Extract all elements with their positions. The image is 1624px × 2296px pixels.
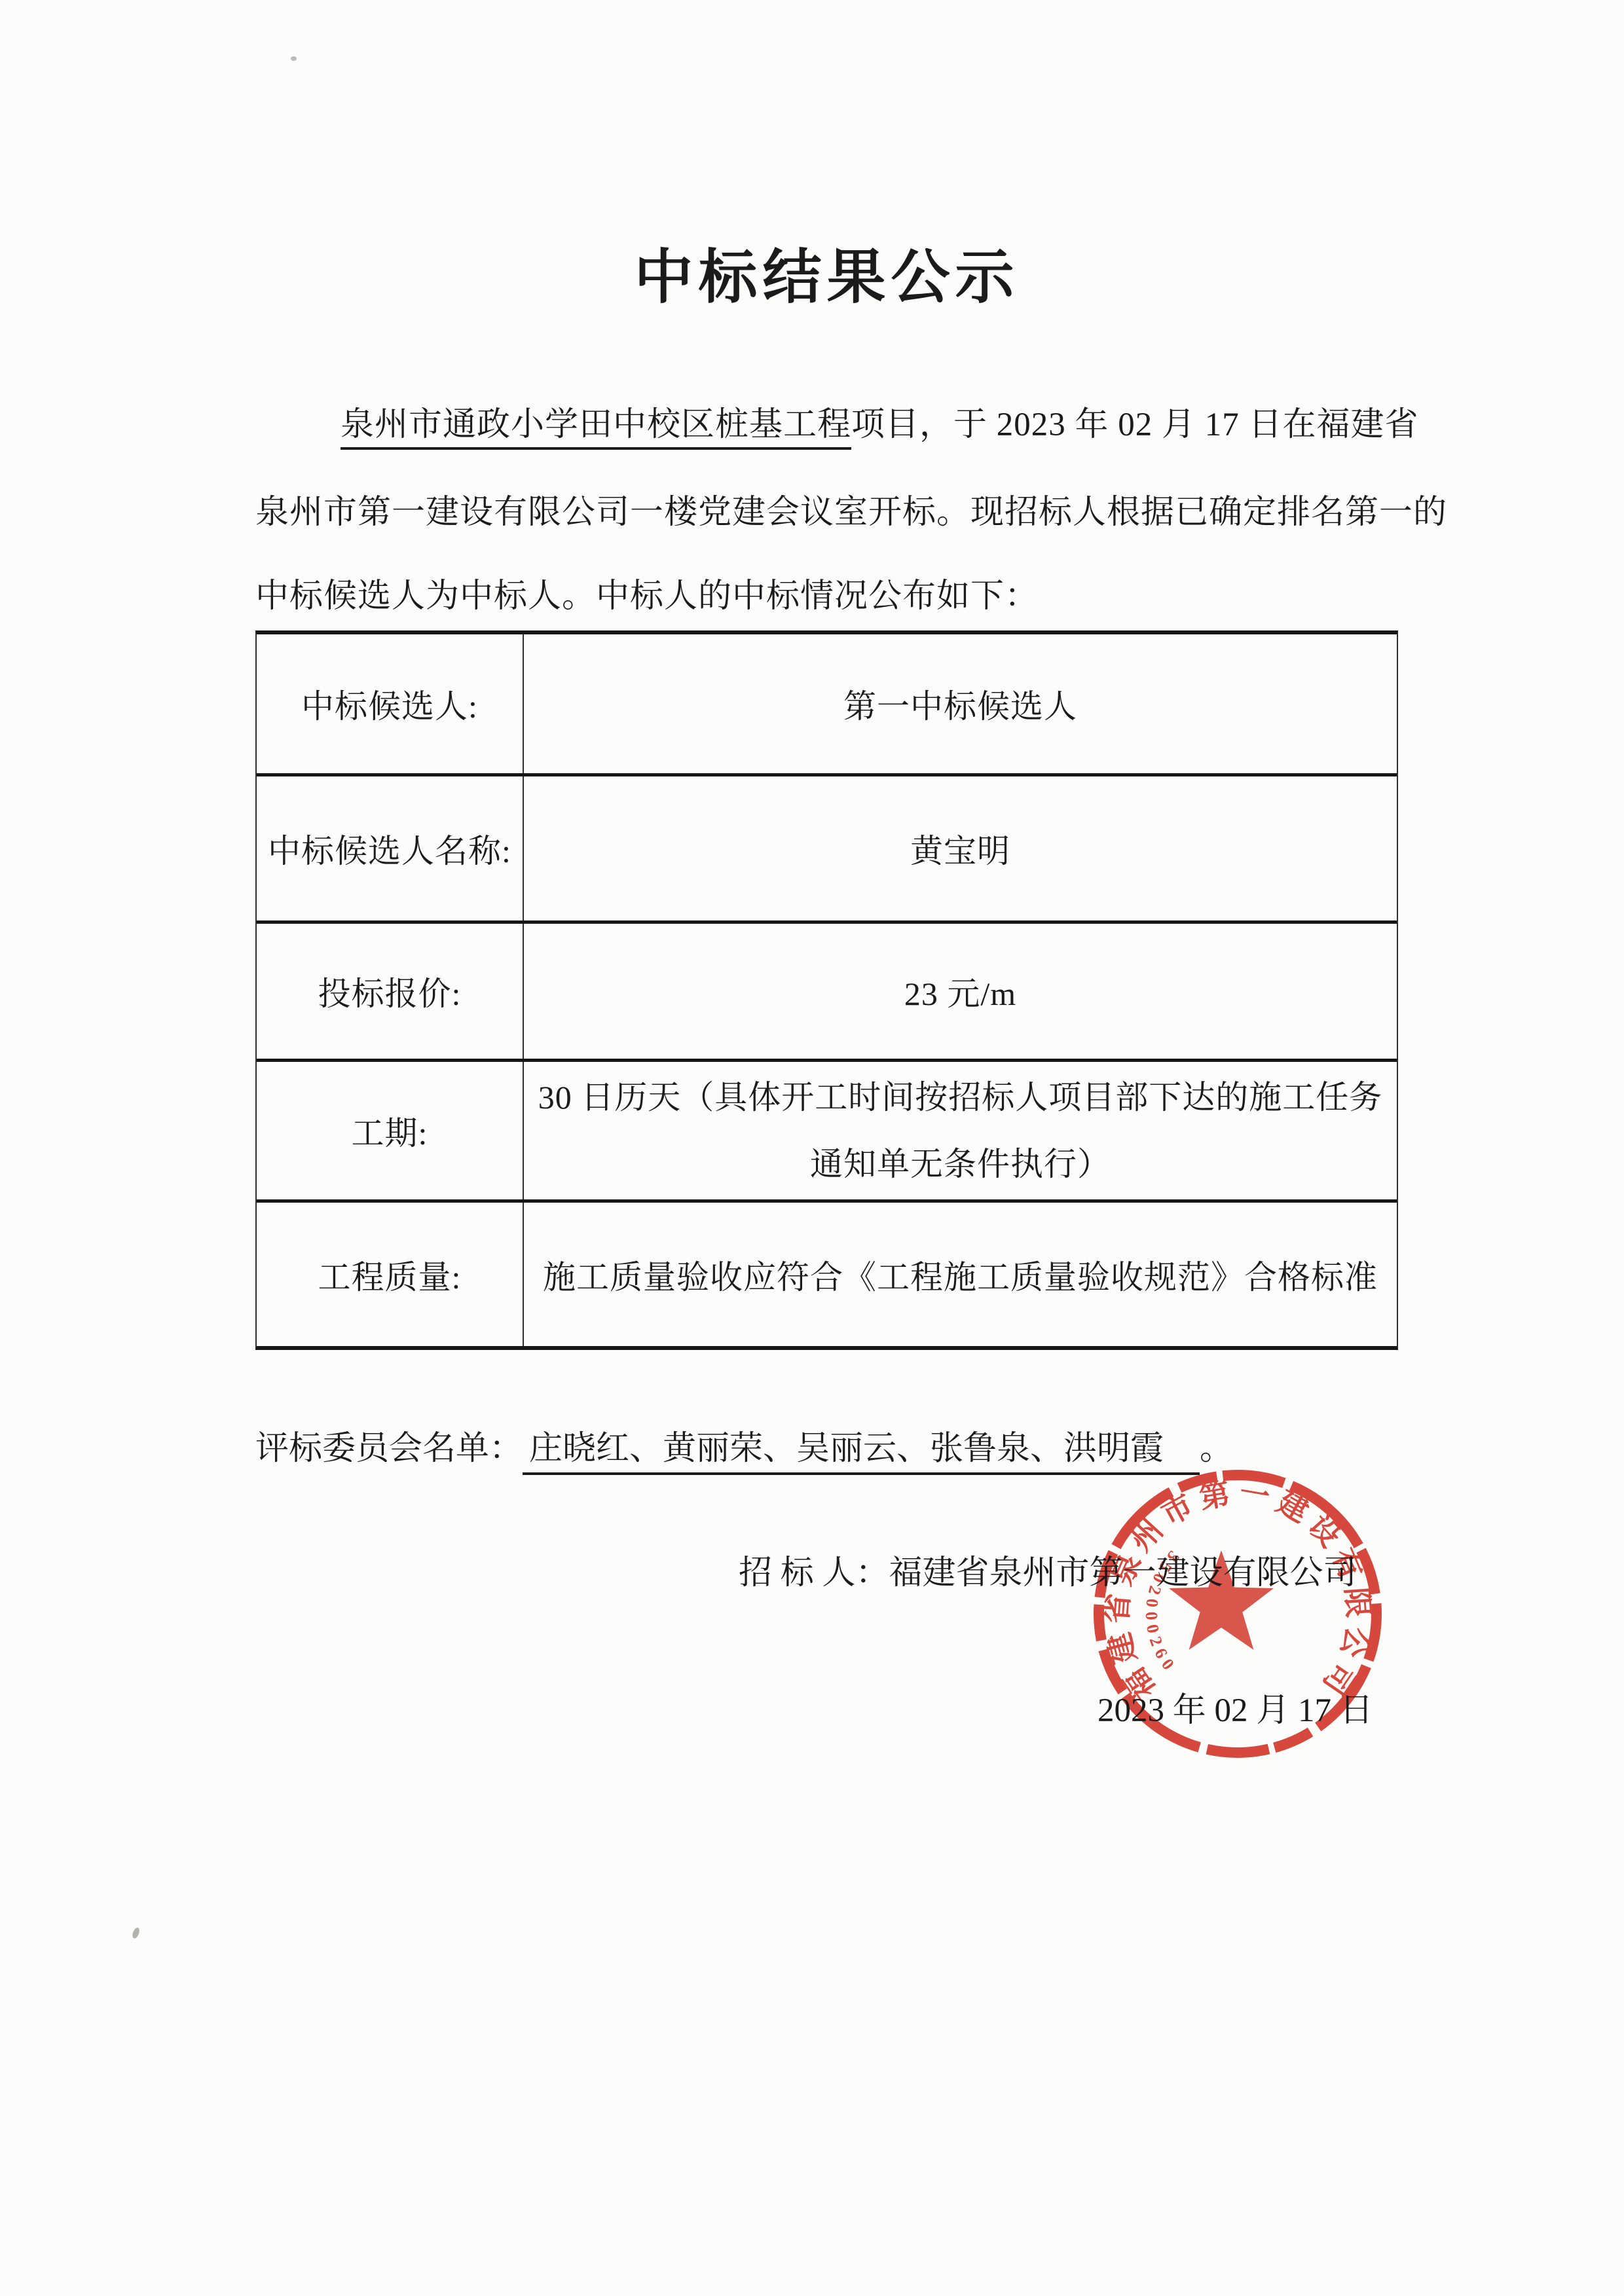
signature-date: 2023 年 02 月 17 日 [1098, 1683, 1373, 1731]
table-row-duration: 工期: 30 日历天（具体开工时间按招标人项目部下达的施工任务 通知单无条件执行… [257, 1062, 1397, 1203]
row-label: 中标候选人名称: [257, 776, 524, 920]
table-row-bid-price: 投标报价: 23 元/m [257, 924, 1397, 1062]
project-name-underlined: 泉州市通政小学田中校区桩基工程 [341, 407, 851, 450]
table-row-candidate-name: 中标候选人名称: 黄宝明 [257, 776, 1397, 924]
row-value: 黄宝明 [524, 776, 1397, 920]
row-value: 23 元/m [524, 924, 1397, 1059]
row-label: 工期: [257, 1062, 524, 1199]
company-seal: 福建省泉州市第一建设有限公司 3502000260 [1067, 1444, 1408, 1784]
intro-line-2: 泉州市第一建设有限公司一楼党建会议室开标。现招标人根据已确定排名第一的 [255, 484, 1447, 533]
table-row-quality: 工程质量: 施工质量验收应符合《工程施工质量验收规范》合格标准 [257, 1203, 1397, 1346]
duration-line-1: 30 日历天（具体开工时间按招标人项目部下达的施工任务 [538, 1064, 1383, 1131]
row-value: 30 日历天（具体开工时间按招标人项目部下达的施工任务 通知单无条件执行） [524, 1062, 1397, 1199]
row-label: 工程质量: [257, 1203, 524, 1346]
announcement-document: 中标结果公示 泉州市通政小学田中校区桩基工程项目，于 2023 年 02 月 1… [0, 0, 1624, 2296]
row-value: 施工质量验收应符合《工程施工质量验收规范》合格标准 [524, 1203, 1397, 1346]
bid-result-table: 中标候选人: 第一中标候选人 中标候选人名称: 黄宝明 投标报价: 23 元/m… [255, 630, 1398, 1350]
tenderer-name: 福建省泉州市第一建设有限公司 [889, 1555, 1357, 1592]
intro-line-1-rest: 项目，于 2023 年 02 月 17 日在福建省 [851, 407, 1419, 443]
row-value: 第一中标候选人 [524, 634, 1397, 773]
page-title: 中标结果公示 [255, 229, 1398, 314]
table-row-candidate: 中标候选人: 第一中标候选人 [257, 634, 1397, 776]
intro-line-3: 中标候选人为中标人。中标人的中标情况公布如下： [255, 568, 1039, 617]
scan-speck [291, 56, 297, 61]
tenderer-line: 招 标 人：福建省泉州市第一建设有限公司 [739, 1545, 1357, 1594]
duration-line-2: 通知单无条件执行） [810, 1131, 1111, 1197]
committee-label: 评标委员会名单： [255, 1430, 523, 1467]
row-label: 中标候选人: [257, 634, 524, 773]
scan-speck [132, 1927, 140, 1939]
row-label: 投标报价: [257, 924, 524, 1059]
tenderer-label: 招 标 人： [739, 1555, 889, 1592]
intro-line-1: 泉州市通政小学田中校区桩基工程项目，于 2023 年 02 月 17 日在福建省 [341, 397, 1419, 445]
